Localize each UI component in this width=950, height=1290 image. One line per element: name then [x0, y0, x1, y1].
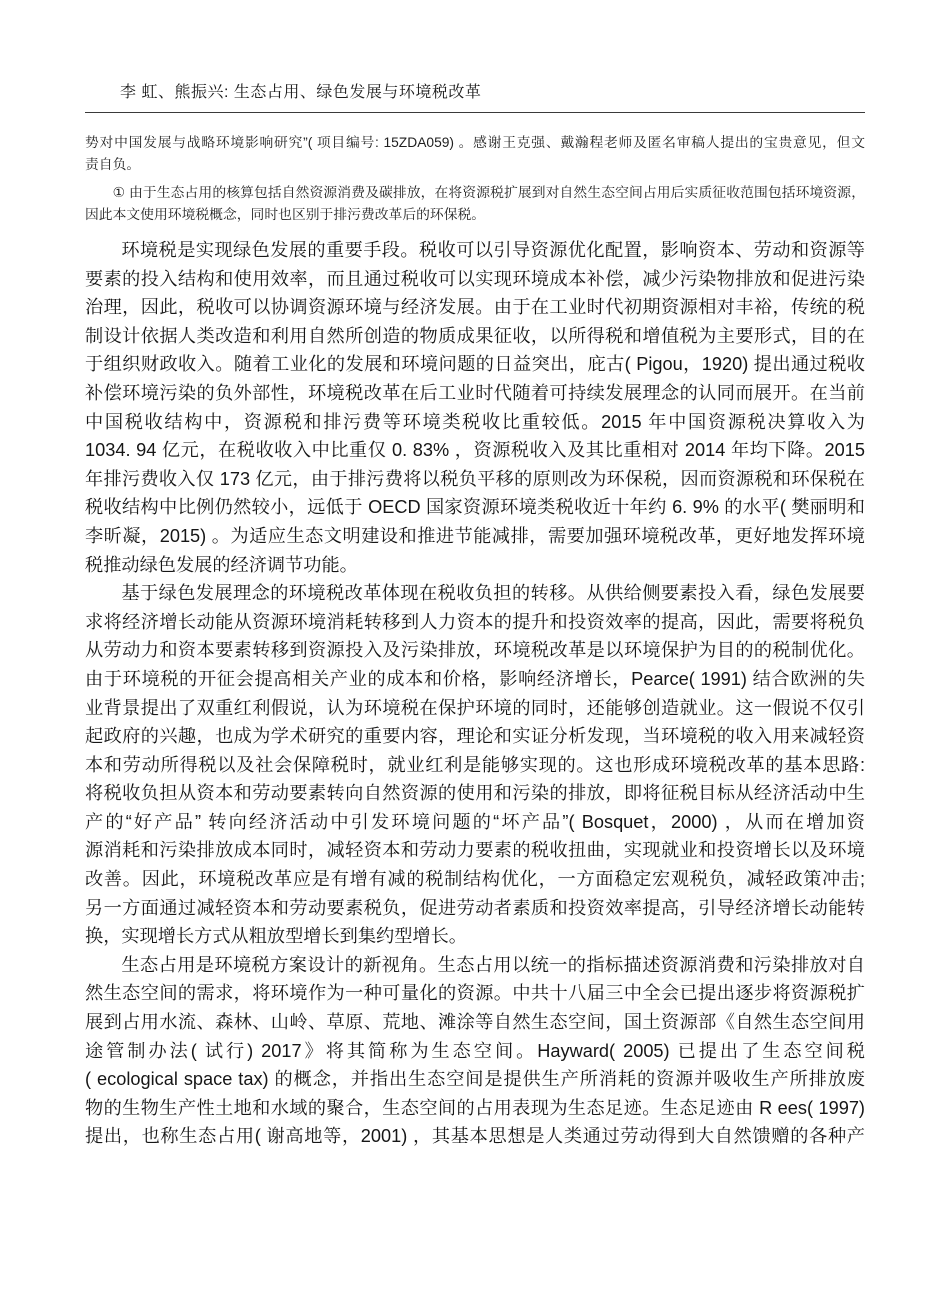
text-line: 补偿环境污染的负外部性，环境税改革在后工业时代随着可持续发展理念的认同而展开。在…	[85, 379, 865, 408]
footnote-paragraph: ① 由于生态占用的核算包括自然资源消费及碳排放，在将资源税扩展到对自然生态空间占…	[85, 182, 865, 225]
body-paragraph: 基于绿色发展理念的环境税改革体现在税收负担的转移。从供给侧要素投入看，绿色发展要…	[85, 579, 865, 951]
text-line: 要素的投入结构和使用效率，而且通过税收可以实现环境成本补偿，减少污染物排放和促进…	[85, 265, 865, 294]
text-line: ( ecological space tax) 的概念，并指出生态空间是提供生产…	[85, 1065, 865, 1094]
text-line: 1034. 94 亿元，在税收收入中比重仅 0. 83% ，资源税收入及其比重相…	[85, 436, 865, 465]
text-line: 业背景提出了双重红利假说，认为环境税在保护环境的同时，还能够创造就业。这一假说不…	[85, 694, 865, 723]
body-paragraph: 生态占用是环境税方案设计的新视角。生态占用以统一的指标描述资源消费和污染排放对自…	[85, 951, 865, 1151]
text-line: 年排污费收入仅 173 亿元，由于排污费将以税负平移的原则改为环保税，因而资源税…	[85, 465, 865, 494]
text-line: 提出，也称生态占用( 谢高地等，2001) ，其基本思想是人类通过劳动得到大自然…	[85, 1122, 865, 1151]
text-line: 将税收负担从资本和劳动要素转向自然资源的使用和污染的排放，即将征税目标从经济活动…	[85, 779, 865, 808]
text-line: 途管制办法( 试行) 2017》将其简称为生态空间。Hayward( 2005)…	[85, 1037, 865, 1066]
text-line: 因此本文使用环境税概念，同时也区别于排污费改革后的环保税。	[85, 204, 865, 226]
footnote-section: 势对中国发展与战略环境影响研究”( 项目编号: 15ZDA059) 。感谢王克强…	[85, 132, 865, 225]
text-line: 展到占用水流、森林、山岭、草原、荒地、滩涂等自然生态空间，国土资源部《自然生态空…	[85, 1008, 865, 1037]
body-paragraph: 环境税是实现绿色发展的重要手段。税收可以引导资源优化配置，影响资本、劳动和资源等…	[85, 236, 865, 579]
running-header: 李 虹、熊振兴: 生态占用、绿色发展与环境税改革	[85, 83, 865, 103]
text-line: 物的生物生产性土地和水域的聚合，生态空间的占用表现为生态足迹。生态足迹由 R e…	[85, 1094, 865, 1123]
text-line: 产的“好产品” 转向经济活动中引发环境问题的“坏产品”( Bosquet，200…	[85, 808, 865, 837]
text-line: 另一方面通过减轻资本和劳动要素税负，促进劳动者素质和投资效率提高，引导经济增长动…	[85, 894, 865, 923]
footnote-paragraph: 势对中国发展与战略环境影响研究”( 项目编号: 15ZDA059) 。感谢王克强…	[85, 132, 865, 175]
paper-page: 李 虹、熊振兴: 生态占用、绿色发展与环境税改革 势对中国发展与战略环境影响研究…	[0, 0, 950, 1290]
text-line: 制设计依据人类改造和利用自然所创造的物质成果征收，以所得税和增值税为主要形式，目…	[85, 322, 865, 351]
text-line: 基于绿色发展理念的环境税改革体现在税收负担的转移。从供给侧要素投入看，绿色发展要	[85, 579, 865, 608]
text-line: 起政府的兴趣，也成为学术研究的重要内容，理论和实证分析发现，当环境税的收入用来减…	[85, 722, 865, 751]
text-line: 治理，因此，税收可以协调资源环境与经济发展。由于在工业时代初期资源相对丰裕，传统…	[85, 293, 865, 322]
text-line: 环境税是实现绿色发展的重要手段。税收可以引导资源优化配置，影响资本、劳动和资源等	[85, 236, 865, 265]
text-line: 于组织财政收入。随着工业化的发展和环境问题的日益突出，庇古( Pigou，192…	[85, 350, 865, 379]
text-line: 然生态空间的需求，将环境作为一种可量化的资源。中共十八届三中全会已提出逐步将资源…	[85, 979, 865, 1008]
text-line: 换，实现增长方式从粗放型增长到集约型增长。	[85, 922, 865, 951]
text-line: 税收结构中比例仍然较小，远低于 OECD 国家资源环境类税收近十年约 6. 9%…	[85, 493, 865, 522]
header-rule	[85, 112, 865, 113]
text-line: 中国税收结构中，资源税和排污费等环境类税收比重较低。2015 年中国资源税决算收…	[85, 408, 865, 437]
text-line: 求将经济增长动能从资源环境消耗转移到人力资本的提升和投资效率的提高，因此，需要将…	[85, 608, 865, 637]
article-body: 环境税是实现绿色发展的重要手段。税收可以引导资源优化配置，影响资本、劳动和资源等…	[85, 236, 865, 1151]
text-line: 由于环境税的开征会提高相关产业的成本和价格，影响经济增长，Pearce( 199…	[85, 665, 865, 694]
text-line: 税推动绿色发展的经济调节功能。	[85, 551, 865, 580]
text-line: 改善。因此，环境税改革应是有增有减的税制结构优化，一方面稳定宏观税负，减轻政策冲…	[85, 865, 865, 894]
text-line: 李昕凝，2015) 。为适应生态文明建设和推进节能减排，需要加强环境税改革，更好…	[85, 522, 865, 551]
text-line: 势对中国发展与战略环境影响研究”( 项目编号: 15ZDA059) 。感谢王克强…	[85, 132, 865, 154]
text-line: 从劳动力和资本要素转移到资源投入及污染排放，环境税改革是以环境保护为目的的税制优…	[85, 636, 865, 665]
text-line: 源消耗和污染排放成本同时，减轻资本和劳动力要素的税收扭曲，实现就业和投资增长以及…	[85, 836, 865, 865]
text-line: 生态占用是环境税方案设计的新视角。生态占用以统一的指标描述资源消费和污染排放对自	[85, 951, 865, 980]
text-line: 责自负。	[85, 154, 865, 176]
text-line: ① 由于生态占用的核算包括自然资源消费及碳排放，在将资源税扩展到对自然生态空间占…	[85, 182, 865, 204]
text-line: 本和劳动所得税以及社会保障税时，就业红利是能够实现的。这也形成环境税改革的基本思…	[85, 751, 865, 780]
